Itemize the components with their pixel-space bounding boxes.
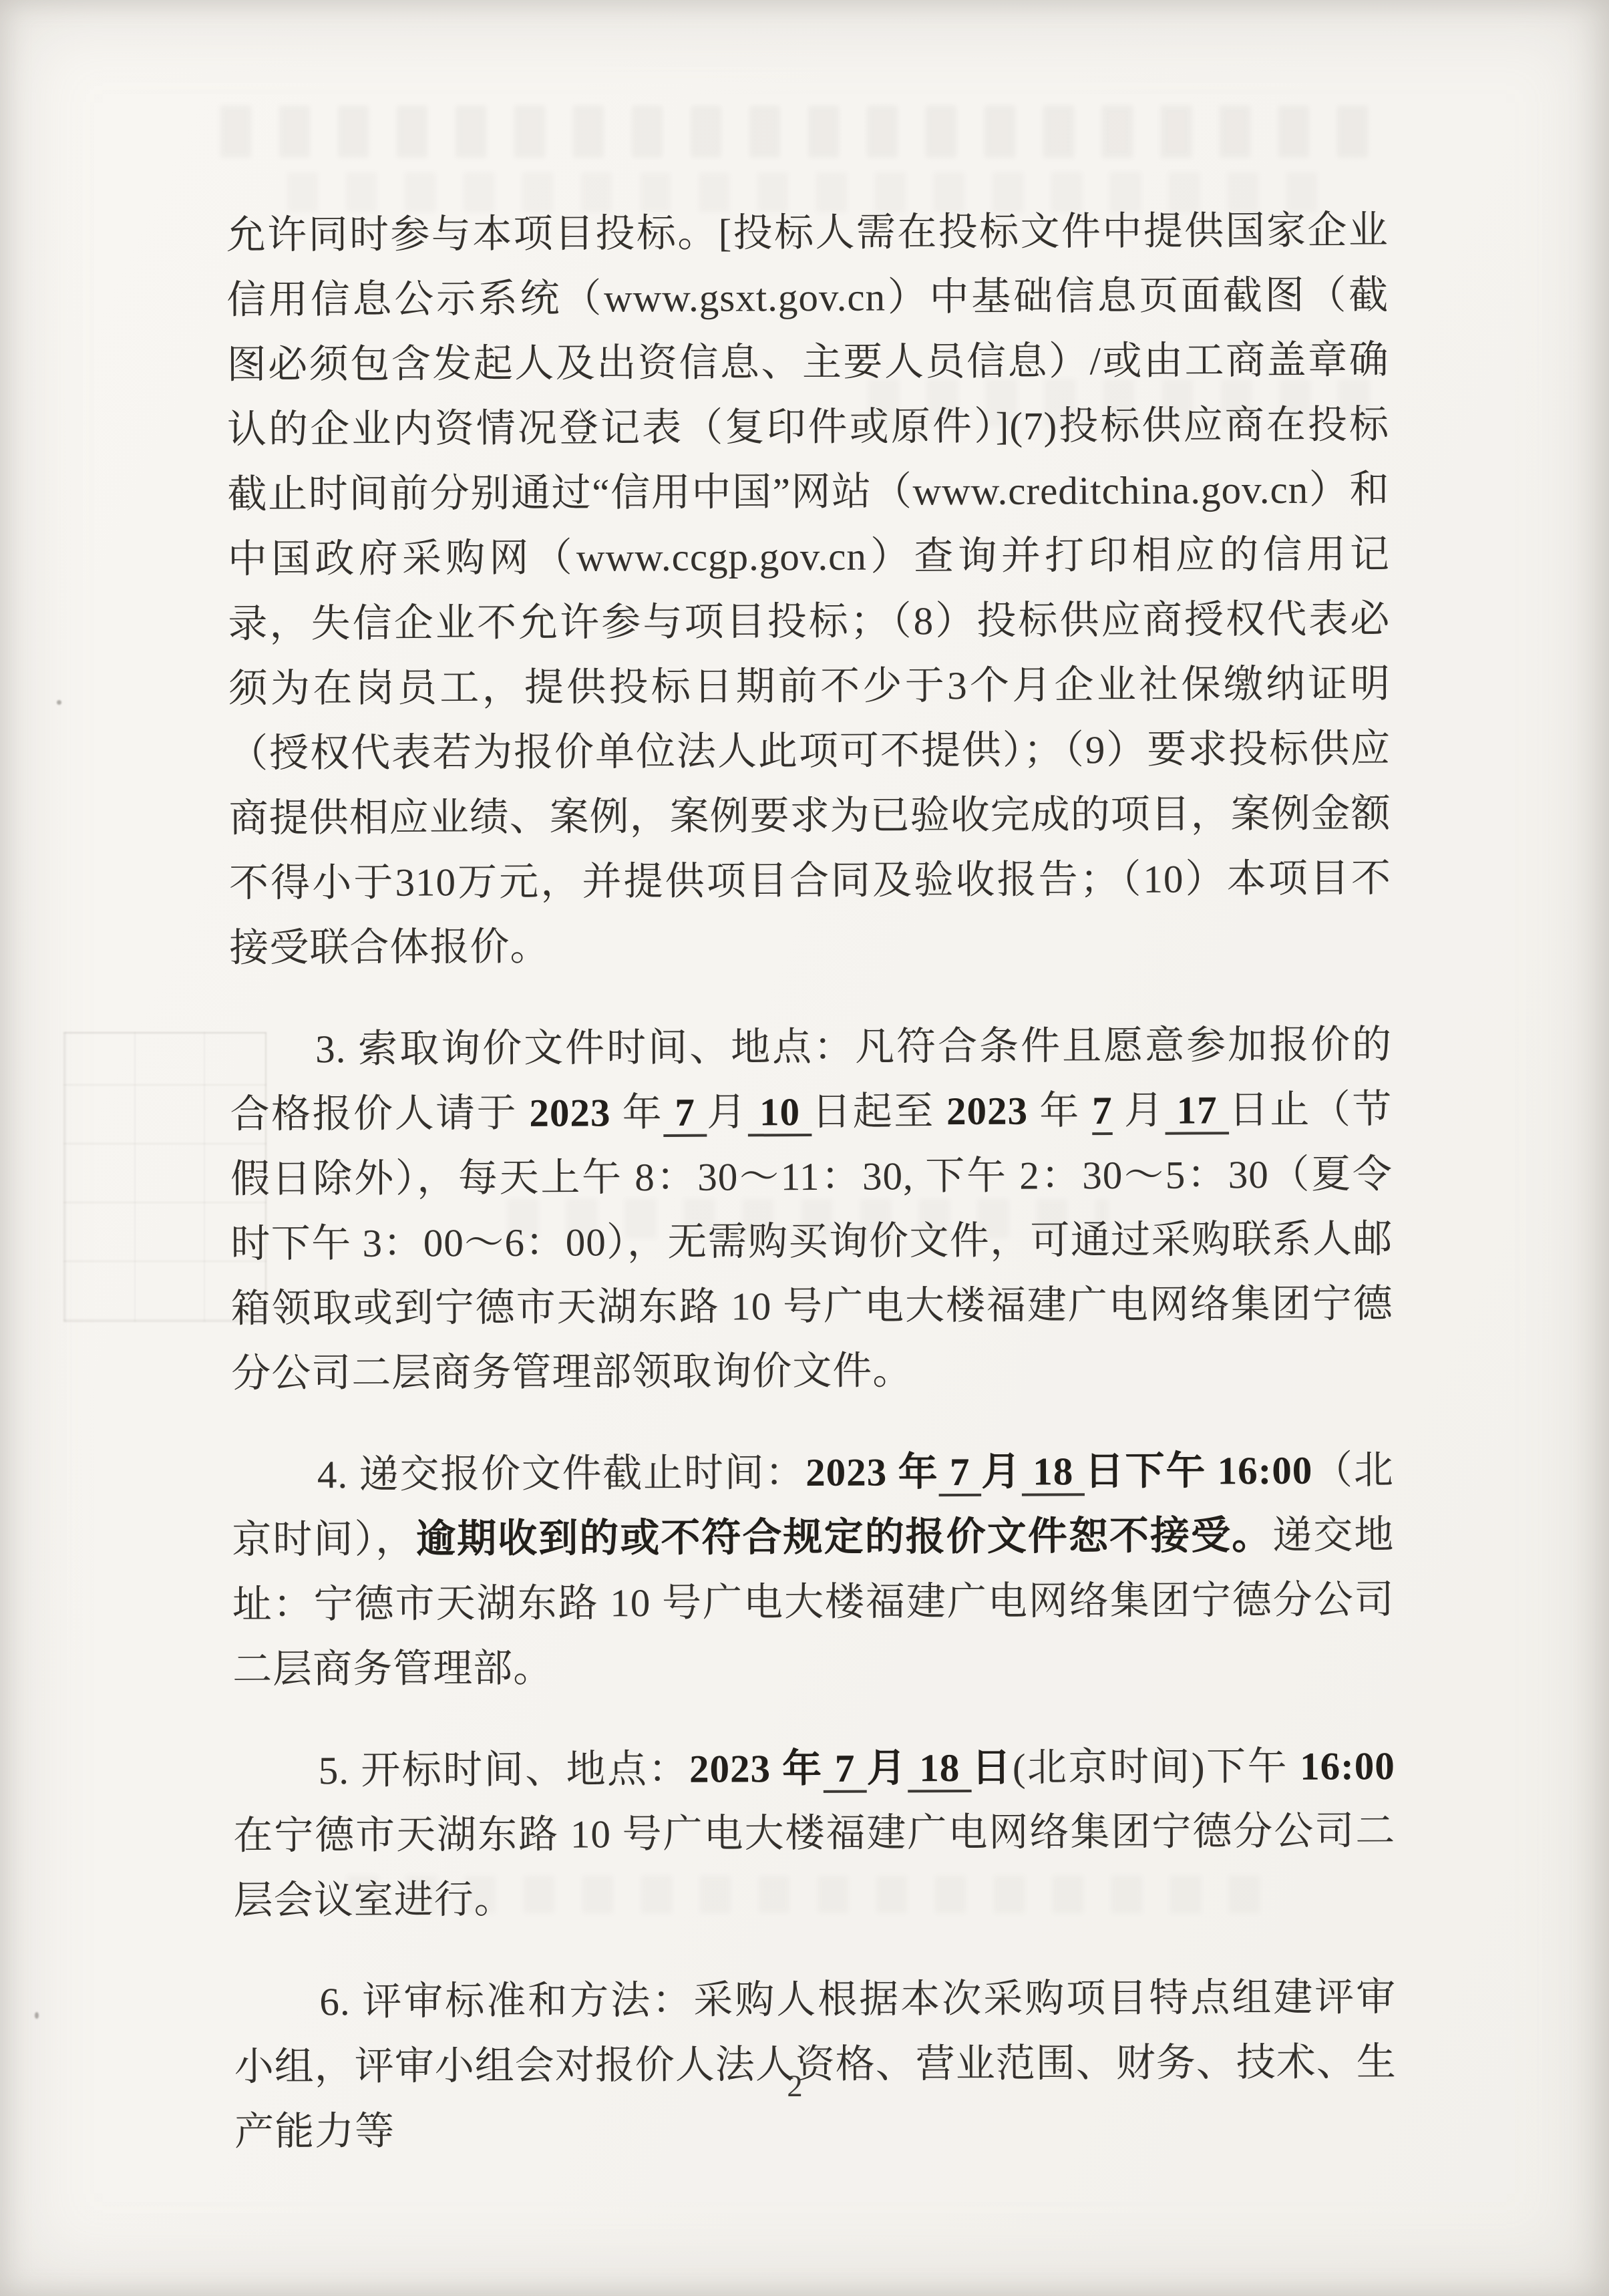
scan-speck <box>57 700 61 705</box>
text-run: ： <box>1040 1153 1083 1197</box>
text-run: 日 <box>971 1746 1013 1790</box>
paragraph-section-5-bid-opening: 5. 开标时间、地点：2023 年 7 月 18 日(北京时间)下午 16:00… <box>233 1734 1396 1933</box>
text-run: 17 <box>1165 1088 1229 1132</box>
text-run: 310 <box>395 860 456 904</box>
text-run: 10 <box>748 1090 812 1134</box>
paragraph-section-4-quotation-deadline: 4. 递交报价文件截止时间：2023 年 7 月 18 日下午 16:00（北京… <box>232 1438 1395 1702</box>
text-run: 5. 开标时间、地点： <box>319 1747 689 1792</box>
text-run: 7 <box>663 1090 707 1134</box>
text-run: 年 <box>887 1450 939 1494</box>
text-run: 2 <box>1019 1154 1040 1198</box>
text-run: ： <box>1186 1152 1228 1196</box>
text-run: 日下午 <box>1085 1448 1218 1493</box>
text-run: 在宁德市天湖东路 <box>233 1812 570 1858</box>
paragraph-section-3-obtain-inquiry-documents: 3. 索取询价文件时间、地点：凡符合条件且愿意参加报价的合格报价人请于 2023… <box>230 1012 1394 1406</box>
text-run: 2023 <box>806 1450 887 1495</box>
text-run: 18 <box>908 1746 972 1790</box>
text-run: ～ <box>464 1220 505 1265</box>
scan-speck <box>35 2012 39 2019</box>
text-run: www.gsxt.gov.cn <box>604 275 886 321</box>
text-run: 逾期收到的或不符合规定的报价文件恕不接受。 <box>416 1513 1272 1561</box>
text-run: 10 <box>731 1284 771 1328</box>
text-run: 6. 评审标准和方法：采购人根据本次采购项目特点组建评审小组，评审小组会对报价人… <box>234 1975 1397 2154</box>
text-run: 30 <box>1228 1152 1269 1196</box>
text-run: 年 <box>771 1746 824 1790</box>
text-run: 11 <box>781 1154 820 1198</box>
text-run: 月 <box>981 1450 1022 1494</box>
text-run: 18 <box>1022 1449 1085 1493</box>
text-run: 6 <box>504 1220 525 1265</box>
text-run: 2023 <box>689 1746 771 1791</box>
text-run: 8 <box>635 1155 655 1199</box>
text-run: 3 <box>947 663 968 707</box>
text-run: , 下午 <box>903 1154 1019 1198</box>
text-run: 00 <box>566 1220 606 1264</box>
scanned-document-page: 允许同时参与本项目投标。[投标人需在投标文件中提供国家企业信用信息公示系统（ww… <box>0 0 1609 2296</box>
bleed-through-artifact <box>220 106 1396 158</box>
text-run: 4. 递交报价文件截止时间： <box>317 1450 806 1496</box>
text-run: 16:00 <box>1218 1448 1313 1493</box>
text-run: 2023 <box>946 1089 1028 1134</box>
text-run: 30 <box>862 1154 903 1198</box>
text-run: 00 <box>423 1220 464 1265</box>
text-run: 7 <box>1092 1088 1113 1132</box>
text-run: 年 <box>1028 1088 1092 1132</box>
text-run: ： <box>525 1220 566 1265</box>
text-run: www.ccgp.gov.cn <box>576 534 867 580</box>
text-run: ： <box>655 1155 698 1199</box>
text-run: 5 <box>1166 1153 1186 1197</box>
text-run: 30 <box>697 1154 738 1198</box>
text-run: 月 <box>707 1090 748 1134</box>
text-run: 2023 <box>529 1090 610 1135</box>
text-run: ： <box>383 1221 423 1265</box>
text-run: 7 <box>938 1450 981 1494</box>
text-run: 月 <box>1112 1088 1165 1132</box>
paragraph-section-6-evaluation-criteria: 6. 评审标准和方法：采购人根据本次采购项目特点组建评审小组，评审小组会对报价人… <box>234 1965 1397 2164</box>
text-run: ： <box>820 1154 862 1198</box>
text-run: 日起至 <box>812 1089 946 1134</box>
text-run: 10 <box>570 1812 611 1856</box>
page-number: 2 <box>0 2068 1590 2104</box>
text-run: (北京时间)下午 <box>1013 1744 1300 1790</box>
paragraph-eligibility-continued: 允许同时参与本项目投标。[投标人需在投标文件中提供国家企业信用信息公示系统（ww… <box>226 198 1392 981</box>
text-run: 7 <box>824 1746 867 1790</box>
text-run: ～ <box>1123 1153 1166 1197</box>
text-run: www.creditchina.gov.cn <box>912 468 1308 514</box>
text-run: 3 <box>362 1221 383 1265</box>
text-run: 30 <box>1082 1153 1123 1197</box>
text-run: 16:00 <box>1300 1744 1395 1788</box>
text-run: 月 <box>866 1746 908 1790</box>
text-run: ～ <box>738 1154 781 1198</box>
text-run: 10 <box>610 1581 651 1625</box>
text-run: 年 <box>610 1090 663 1134</box>
document-body: 允许同时参与本项目投标。[投标人需在投标文件中提供国家企业信用信息公示系统（ww… <box>226 198 1397 2164</box>
